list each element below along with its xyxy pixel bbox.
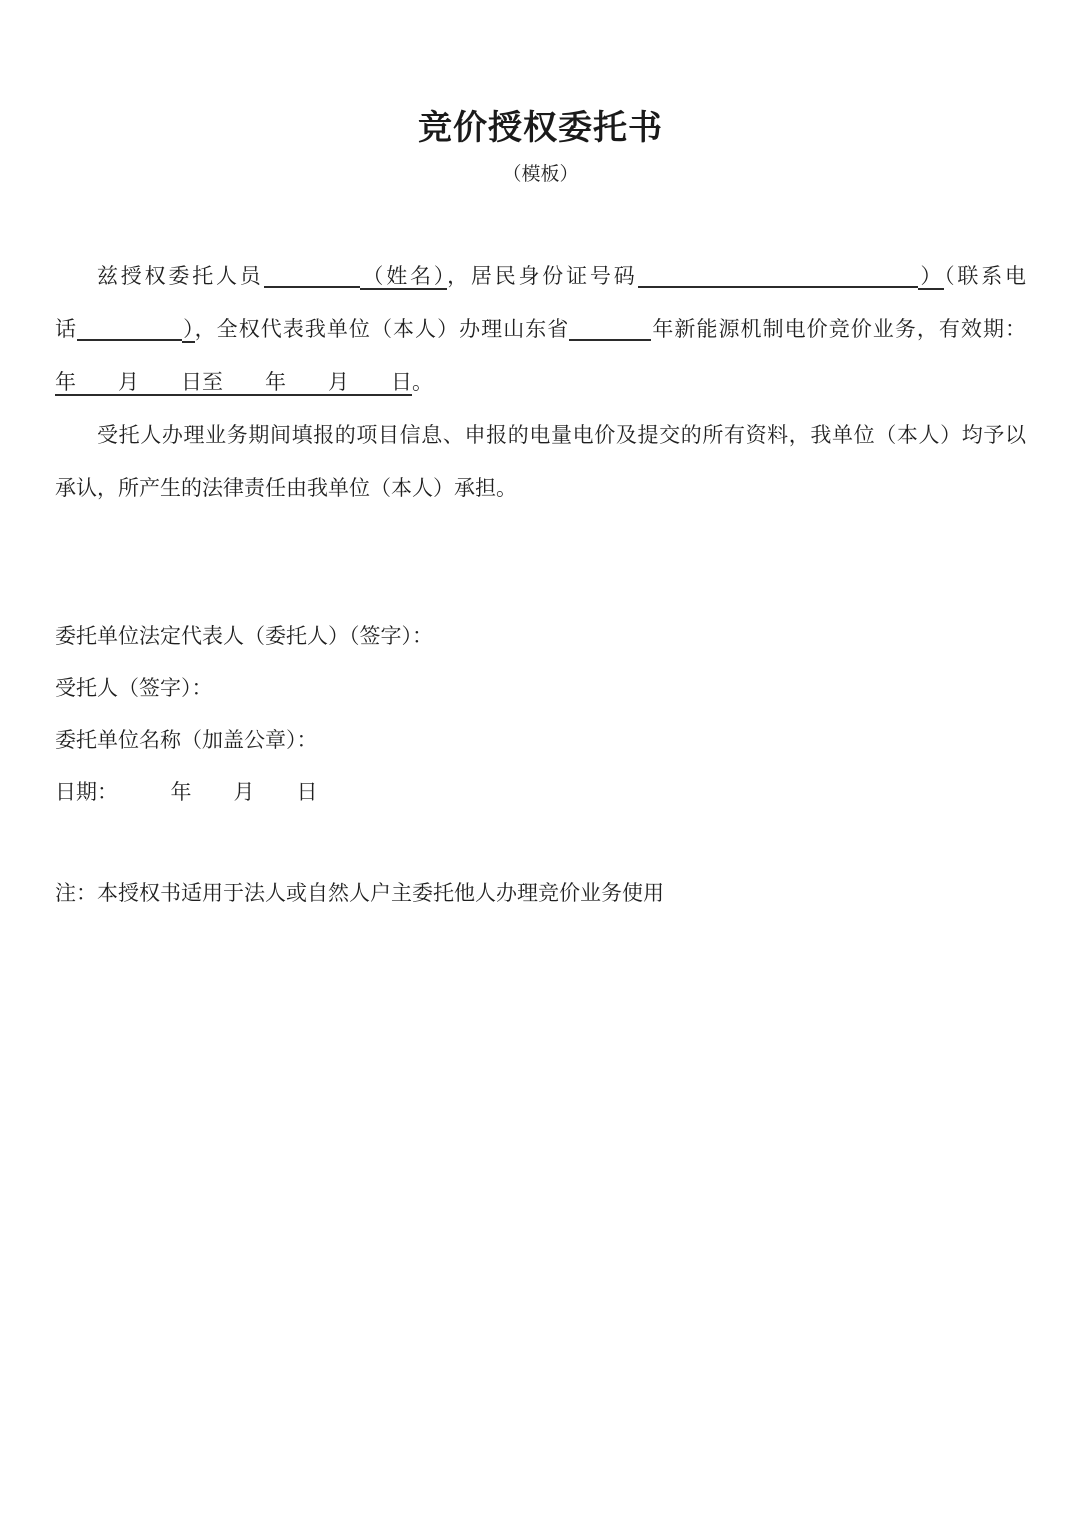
close-paren-underlined: ） bbox=[182, 318, 195, 343]
id-number-blank-field bbox=[638, 276, 918, 288]
document-subtitle: （模板） bbox=[55, 162, 1026, 188]
close-paren-underlined: ） bbox=[918, 265, 945, 290]
paragraph1-line1: 兹授权委托人员（姓名），居民身份证号码）（联系电 bbox=[55, 250, 1026, 303]
paragraph2-line2: 承认，所产生的法律责任由我单位（本人）承担。 bbox=[55, 462, 1026, 515]
legal-representative-signature-line: 委托单位法定代表人（委托人）（签字）： bbox=[55, 611, 1026, 663]
trustee-signature-line: 受托人（签字）： bbox=[55, 663, 1026, 715]
text-segment: ，全权代表我单位（本人）办理山东省 bbox=[195, 318, 570, 341]
phone-blank-field bbox=[77, 329, 182, 341]
text-segment: 话 bbox=[55, 318, 77, 341]
text-segment: 。 bbox=[412, 371, 433, 394]
paragraph1-line3: 年 月 日至 年 月 日。 bbox=[55, 356, 1026, 409]
name-label-underlined: （姓名） bbox=[360, 265, 448, 290]
document-title: 竞价授权委托书 bbox=[55, 108, 1026, 148]
validity-dates-underlined: 年 月 日至 年 月 日 bbox=[55, 371, 412, 396]
paragraph2-line1: 受托人办理业务期间填报的项目信息、申报的电量电价及提交的所有资料，我单位（本人）… bbox=[55, 409, 1026, 462]
signature-block: 委托单位法定代表人（委托人）（签字）： 受托人（签字）： 委托单位名称（加盖公章… bbox=[55, 611, 1026, 819]
liability-paragraph: 受托人办理业务期间填报的项目信息、申报的电量电价及提交的所有资料，我单位（本人）… bbox=[55, 409, 1026, 515]
company-seal-line: 委托单位名称（加盖公章）： bbox=[55, 715, 1026, 767]
document-page: 竞价授权委托书 （模板） 兹授权委托人员（姓名），居民身份证号码）（联系电 话）… bbox=[0, 0, 1080, 1526]
text-segment: 兹授权委托人员 bbox=[97, 265, 264, 288]
paragraph1-line2: 话），全权代表我单位（本人）办理山东省年新能源机制电价竞价业务，有效期： bbox=[55, 303, 1026, 356]
year-blank-field bbox=[569, 329, 651, 341]
name-blank-field bbox=[264, 276, 360, 288]
authorization-paragraph: 兹授权委托人员（姓名），居民身份证号码）（联系电 话），全权代表我单位（本人）办… bbox=[55, 250, 1026, 409]
date-line: 日期： 年 月 日 bbox=[55, 767, 1026, 819]
footnote: 注：本授权书适用于法人或自然人户主委托他人办理竞价业务使用 bbox=[55, 867, 1026, 920]
text-segment: ，居民身份证号码 bbox=[447, 265, 637, 288]
text-segment: （联系电 bbox=[944, 265, 1026, 288]
text-segment: 年新能源机制电价竞价业务，有效期： bbox=[651, 318, 1026, 341]
